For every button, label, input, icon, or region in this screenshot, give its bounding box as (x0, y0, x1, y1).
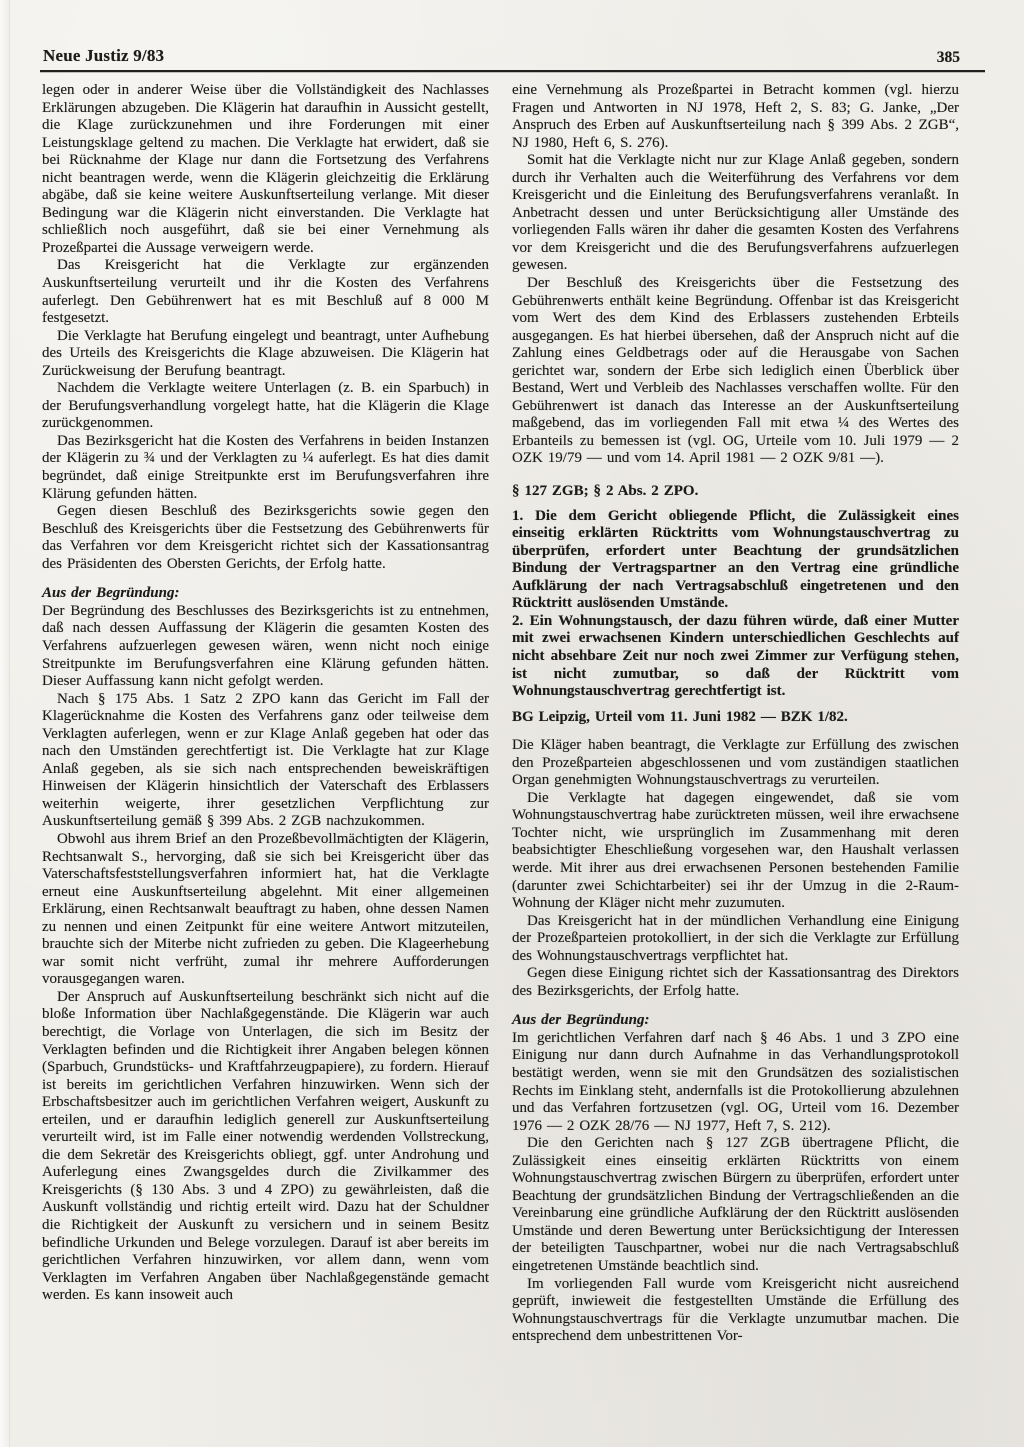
paragraph: 1. Die dem Gericht obliegende Pflicht, d… (512, 508, 959, 613)
paragraph: Nachdem die Verklagte weitere Unterlagen… (42, 380, 489, 433)
journal-title: Neue Justiz 9/83 (43, 46, 164, 66)
scan-edge-artifact (0, 0, 10, 1447)
page-number: 385 (937, 49, 960, 67)
paragraph: Somit hat die Verklagte nicht nur zur Kl… (512, 152, 959, 275)
paragraph: Das Kreisgericht hat die Verklagte zur e… (42, 257, 489, 327)
paragraph: Im gerichtlichen Verfahren darf nach § 4… (512, 1030, 959, 1135)
left-column: legen oder in anderer Weise über die Vol… (42, 82, 489, 1305)
paragraph: 2. Ein Wohnungstausch, der dazu führen w… (512, 613, 959, 701)
journal-page: Neue Justiz 9/83 385 legen oder in ander… (0, 0, 1024, 1447)
paragraph: Nach § 175 Abs. 1 Satz 2 ZPO kann das Ge… (42, 691, 489, 831)
right-column: eine Vernehmung als Prozeßpartei in Betr… (512, 82, 959, 1346)
paragraph: legen oder in anderer Weise über die Vol… (42, 82, 489, 257)
paragraph: Der Anspruch auf Auskunftserteilung besc… (42, 989, 489, 1305)
paragraph: Die Verklagte hat dagegen eingewendet, d… (512, 790, 959, 913)
paragraph: Der Begründung des Beschlusses des Bezir… (42, 603, 489, 691)
paragraph: Der Beschluß des Kreisgerichts über die … (512, 275, 959, 468)
paragraph: eine Vernehmung als Prozeßpartei in Betr… (512, 82, 959, 152)
paragraph: § 127 ZGB; § 2 Abs. 2 ZPO. (512, 483, 959, 501)
paragraph: Die den Gerichten nach § 127 ZGB übertra… (512, 1135, 959, 1275)
paragraph: Gegen diese Einigung richtet sich der Ka… (512, 965, 959, 1000)
paragraph: Gegen diesen Beschluß des Bezirksgericht… (42, 503, 489, 573)
header-rule (40, 70, 985, 72)
paragraph: Aus der Begründung: (42, 585, 489, 603)
paragraph: Die Verklagte hat Berufung eingelegt und… (42, 328, 489, 381)
paragraph: Aus der Begründung: (512, 1012, 959, 1030)
paragraph: Die Kläger haben beantragt, die Verklagt… (512, 737, 959, 790)
paragraph: Im vorliegenden Fall wurde vom Kreisgeri… (512, 1276, 959, 1346)
paragraph: Obwohl aus ihrem Brief an den Prozeßbevo… (42, 831, 489, 989)
paragraph: Das Kreisgericht hat in der mündlichen V… (512, 913, 959, 966)
paragraph: Das Bezirksgericht hat die Kosten des Ve… (42, 433, 489, 503)
paragraph: BG Leipzig, Urteil vom 11. Juni 1982 — B… (512, 709, 959, 727)
